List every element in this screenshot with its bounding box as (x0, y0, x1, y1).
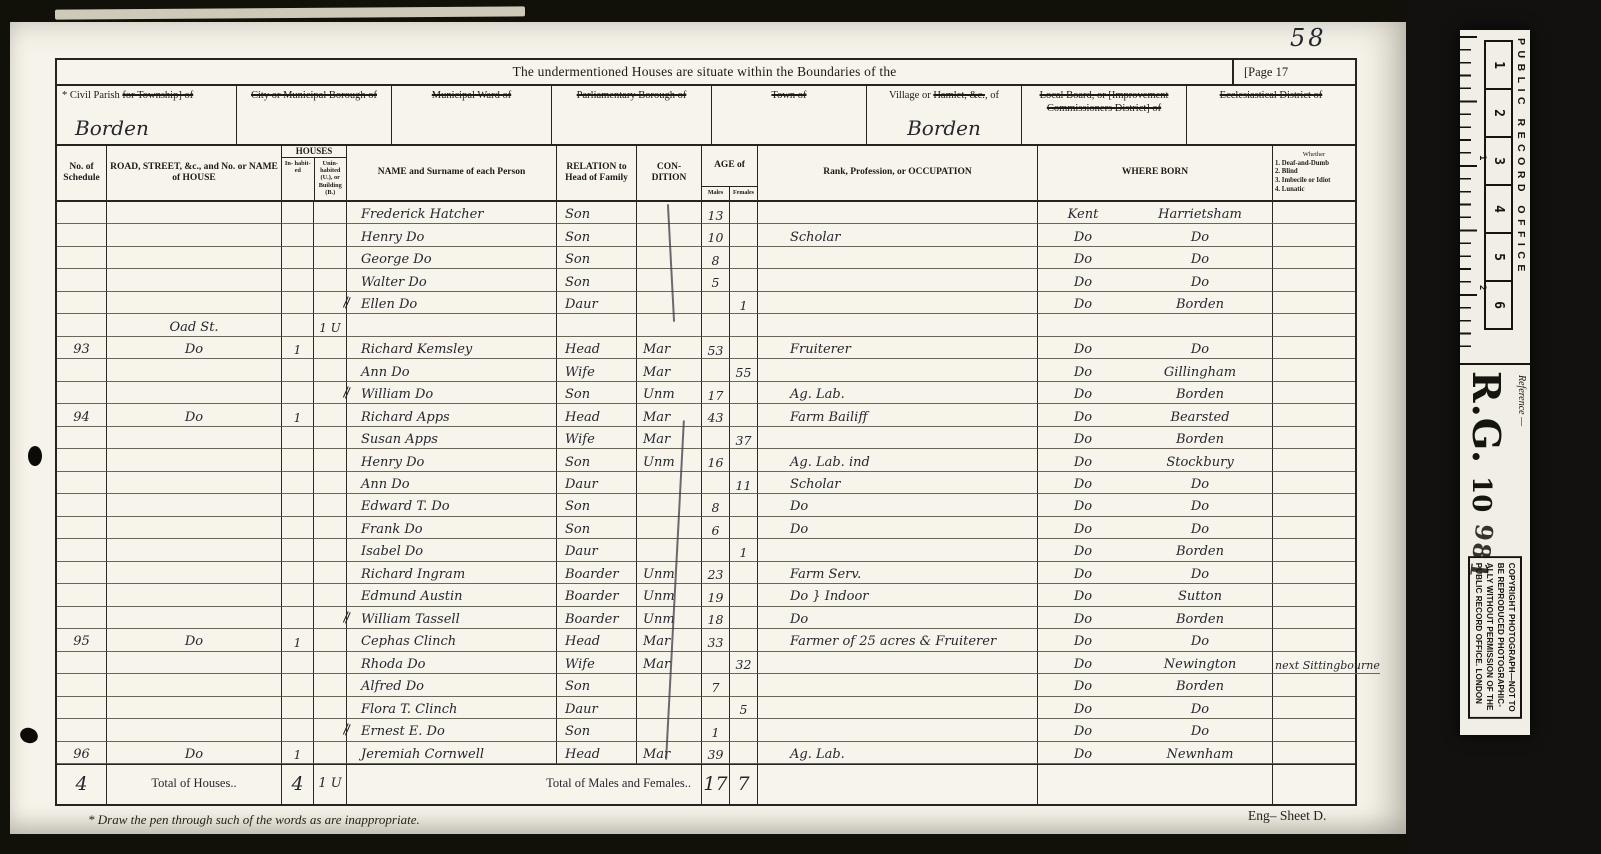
cell-condition: Mar (637, 427, 702, 449)
cell-condition: Mar (637, 337, 702, 359)
cell-relation: Head (557, 742, 637, 764)
cell-age_f: 55 (730, 359, 758, 381)
cell-schedule (57, 517, 107, 539)
cell-born_county: Do (1038, 404, 1128, 426)
cell-age_f (730, 404, 758, 426)
cell-road (107, 517, 282, 539)
cell-condition: Mar (637, 404, 702, 426)
cell-relation: Son (557, 247, 637, 269)
cell-name: ∥William Tassell (347, 607, 557, 629)
cell-uninhab (314, 539, 347, 561)
cell-inhab (282, 427, 314, 449)
cell-inhab (282, 359, 314, 381)
cell-schedule (57, 562, 107, 584)
photo-edge-sliver (55, 6, 525, 19)
cell-age_f (730, 562, 758, 584)
cell-inhab (282, 494, 314, 516)
cell-uninhab (314, 742, 347, 764)
cell-uninhab (314, 629, 347, 651)
box-label: Village or (889, 90, 933, 101)
cell-uninhab (314, 224, 347, 246)
cell-born_place: Do (1128, 494, 1273, 516)
cell-road: Oad St. (107, 314, 282, 336)
cell-inhab (282, 314, 314, 336)
cell-uninhab (314, 472, 347, 494)
ecclesiastical-district-box: Ecclesiastical District of (1187, 86, 1355, 144)
table-title-band: The undermentioned Houses are situate wi… (57, 60, 1355, 86)
cell-road (107, 697, 282, 719)
cell-born_county: Do (1038, 719, 1128, 741)
cell-occupation: Ag. Lab. (758, 742, 1038, 764)
cell-condition: Mar (637, 742, 702, 764)
cell-schedule (57, 247, 107, 269)
cell-born_county: Do (1038, 427, 1128, 449)
cell-relation: Son (557, 449, 637, 471)
cell-road: Do (107, 404, 282, 426)
cell-name: Frederick Hatcher (347, 202, 557, 224)
cell-condition: Mar (637, 359, 702, 381)
census-page: 58 The undermentioned Houses are situate… (10, 22, 1406, 834)
cell-age_f: 11 (730, 472, 758, 494)
totals-empty-remarks (1273, 765, 1355, 804)
cell-schedule (57, 719, 107, 741)
cell-occupation (758, 247, 1038, 269)
cell-name: Edward T. Do (347, 494, 557, 516)
cell-relation: Son (557, 719, 637, 741)
cell-age_m: 6 (702, 517, 730, 539)
cell-occupation (758, 359, 1038, 381)
ruler-cm-number: 2 (1477, 285, 1487, 290)
cell-born_county: Do (1038, 517, 1128, 539)
cell-born_county: Do (1038, 292, 1128, 314)
cell-relation: Son (557, 674, 637, 696)
cell-road (107, 719, 282, 741)
cell-age_m: 1 (702, 719, 730, 741)
cell-occupation (758, 674, 1038, 696)
cell-age_m: 23 (702, 562, 730, 584)
cell-born_county: Do (1038, 359, 1128, 381)
cell-inhab (282, 539, 314, 561)
cell-age_f (730, 494, 758, 516)
cell-age_m (702, 427, 730, 449)
totals-females: 7 (730, 765, 758, 804)
table-row: 94Do1Richard AppsHeadMar43Farm BailiffDo… (57, 404, 1355, 426)
cell-uninhab (314, 359, 347, 381)
box-label-struck: Ecclesiastical District of (1220, 90, 1323, 101)
cell-age_f (730, 314, 758, 336)
town-box: Town of (712, 86, 867, 144)
table-row: Walter DoSon5DoDo (57, 269, 1355, 291)
cell-occupation (758, 427, 1038, 449)
cell-relation: Daur (557, 292, 637, 314)
cell-born_place: Do (1128, 697, 1273, 719)
box-label-struck: Hamlet, &c. (933, 90, 985, 101)
cell-uninhab (314, 697, 347, 719)
cell-remarks (1273, 494, 1355, 516)
cell-remarks (1273, 697, 1355, 719)
cell-age_f: 1 (730, 292, 758, 314)
cell-road (107, 674, 282, 696)
cell-born_place: Do (1128, 629, 1273, 651)
cell-born_place: Borden (1128, 539, 1273, 561)
cell-name: Henry Do (347, 224, 557, 246)
cell-schedule (57, 449, 107, 471)
cell-inhab (282, 697, 314, 719)
table-row: ∥Ernest E. DoSon1DoDo (57, 719, 1355, 741)
col-header-females: Females (730, 187, 757, 200)
cell-age_f (730, 719, 758, 741)
cell-born_place: Newington (1128, 652, 1273, 674)
cell-age_f: 1 (730, 539, 758, 561)
civil-parish-box: * Civil Parish for Township] of Borden (57, 86, 237, 144)
page-number-label: [Page 17 (1232, 60, 1355, 84)
totals-schedule-count: 4 (57, 765, 107, 804)
cell-remarks (1273, 539, 1355, 561)
col-header-males: Males (702, 187, 730, 200)
table-row: Isabel DoDaur1DoBorden (57, 539, 1355, 561)
cell-born_county: Do (1038, 584, 1128, 606)
cell-schedule (57, 584, 107, 606)
cell-condition (637, 539, 702, 561)
table-row: ∥William TassellBoarderUnm18DoDoBorden (57, 607, 1355, 629)
village-value: Borden (867, 116, 1021, 141)
cell-inhab (282, 584, 314, 606)
cell-condition (637, 517, 702, 539)
cell-inhab (282, 224, 314, 246)
cell-occupation: Farm Bailiff (758, 404, 1038, 426)
cell-born_place: Borden (1128, 427, 1273, 449)
cell-schedule (57, 607, 107, 629)
pro-office-label: PUBLIC RECORD OFFICE (1515, 38, 1527, 277)
col-header-occupation: Rank, Profession, or OCCUPATION (758, 146, 1038, 200)
cell-born_county: Do (1038, 674, 1128, 696)
cell-road (107, 359, 282, 381)
cell-born_county: Do (1038, 652, 1128, 674)
cell-condition: Unm (637, 607, 702, 629)
cell-relation: Boarder (557, 584, 637, 606)
table-row: Ann DoWifeMar55DoGillingham (57, 359, 1355, 381)
cell-age_f: 5 (730, 697, 758, 719)
cell-name: Susan Apps (347, 427, 557, 449)
cell-occupation: Scholar (758, 472, 1038, 494)
cell-occupation (758, 652, 1038, 674)
cell-road (107, 652, 282, 674)
cell-name: Walter Do (347, 269, 557, 291)
table-row: Frederick HatcherSon13KentHarrietsham (57, 202, 1355, 224)
cell-born_place: Gillingham (1128, 359, 1273, 381)
cell-occupation (758, 539, 1038, 561)
cell-road (107, 382, 282, 404)
table-row: Ann DoDaur11ScholarDoDo (57, 472, 1355, 494)
cell-occupation (758, 202, 1038, 224)
cell-born_county: Do (1038, 224, 1128, 246)
cell-name: Richard Ingram (347, 562, 557, 584)
cell-age_m (702, 652, 730, 674)
cell-name: Ann Do (347, 472, 557, 494)
cell-born_county: Do (1038, 472, 1128, 494)
cell-inhab (282, 472, 314, 494)
reference-series: R.G. (1464, 371, 1509, 464)
cell-born_place: Harrietsham (1128, 202, 1273, 224)
cell-condition (637, 719, 702, 741)
cell-uninhab (314, 404, 347, 426)
cell-relation: Boarder (557, 607, 637, 629)
table-row: Rhoda DoWifeMar32DoNewingtonnext Sitting… (57, 652, 1355, 674)
cell-uninhab (314, 427, 347, 449)
col-header-houses: HOUSES In- habit- ed Unin- habited (U.),… (282, 146, 347, 200)
record-rows: Frederick HatcherSon13KentHarrietshamHen… (57, 202, 1355, 764)
cell-road (107, 269, 282, 291)
cell-relation: Wife (557, 359, 637, 381)
cell-road (107, 292, 282, 314)
cell-born_place: Stockbury (1128, 449, 1273, 471)
cell-age_m: 8 (702, 494, 730, 516)
cell-age_f (730, 224, 758, 246)
copyright-section: COPYRIGHT PHOTOGRAPH—NOT TO BE REPRODUCE… (1460, 540, 1530, 735)
cell-relation (557, 314, 637, 336)
totals-row: 4 Total of Houses.. 4 1 U Total of Males… (57, 764, 1355, 804)
cell-inhab (282, 202, 314, 224)
cell-relation: Daur (557, 539, 637, 561)
box-label: * Civil Parish (62, 90, 122, 101)
municipal-borough-box: City or Municipal Borough of (237, 86, 392, 144)
cell-born_place: Do (1128, 472, 1273, 494)
table-row: ∥Ellen DoDaur1DoBorden (57, 292, 1355, 314)
cell-age_f (730, 247, 758, 269)
table-row: Henry DoSon10ScholarDoDo (57, 224, 1355, 246)
cell-born_place: Do (1128, 337, 1273, 359)
cell-uninhab (314, 494, 347, 516)
cell-name: Edmund Austin (347, 584, 557, 606)
census-table: The undermentioned Houses are situate wi… (55, 58, 1357, 806)
totals-empty-occupation (758, 765, 1038, 804)
cell-born_place: Borden (1128, 292, 1273, 314)
cell-name: Flora T. Clinch (347, 697, 557, 719)
cell-remarks (1273, 629, 1355, 651)
cell-age_m: 16 (702, 449, 730, 471)
cell-remarks: next Sittingbourne (1273, 652, 1380, 674)
cell-inhab: 1 (282, 742, 314, 764)
cell-remarks (1273, 584, 1355, 606)
col-header-uninhabited: Unin- habited (U.), or Building (B.) (315, 158, 347, 200)
cell-relation: Wife (557, 427, 637, 449)
cell-uninhab (314, 562, 347, 584)
totals-uninhabited: 1 U (314, 765, 347, 804)
col-header-age: AGE of Males Females (702, 146, 758, 200)
cell-relation: Son (557, 224, 637, 246)
cell-name: Frank Do (347, 517, 557, 539)
cell-schedule: 95 (57, 629, 107, 651)
cell-age_m: 7 (702, 674, 730, 696)
cell-remarks (1273, 517, 1355, 539)
cell-relation: Boarder (557, 562, 637, 584)
cell-relation: Son (557, 269, 637, 291)
cell-road (107, 224, 282, 246)
cell-remarks (1273, 404, 1355, 426)
cell-born_place (1128, 314, 1273, 336)
cell-schedule (57, 359, 107, 381)
cell-remarks (1273, 472, 1355, 494)
table-row: Frank DoSon6DoDoDo (57, 517, 1355, 539)
boundary-band: * Civil Parish for Township] of Borden C… (57, 86, 1355, 146)
cell-inhab (282, 269, 314, 291)
cell-remarks (1273, 674, 1355, 696)
cell-age_m: 5 (702, 269, 730, 291)
table-title: The undermentioned Houses are situate wi… (57, 64, 1232, 80)
cell-remarks (1273, 607, 1355, 629)
cell-remarks (1273, 202, 1355, 224)
cell-uninhab (314, 247, 347, 269)
pro-reference-strip: PUBLIC RECORD OFFICE 1 2 3 4 5 6 1 2 Ref… (1460, 30, 1530, 735)
cell-born_place: Borden (1128, 607, 1273, 629)
cell-condition (637, 314, 702, 336)
cell-age_f (730, 584, 758, 606)
cell-age_f (730, 449, 758, 471)
cell-age_f (730, 269, 758, 291)
cell-road (107, 247, 282, 269)
cell-relation: Son (557, 202, 637, 224)
cell-age_m: 19 (702, 584, 730, 606)
parliamentary-borough-box: Parliamentary Borough of (552, 86, 712, 144)
civil-parish-value: Borden (57, 116, 236, 141)
cell-road (107, 562, 282, 584)
cell-born_place: Do (1128, 517, 1273, 539)
cell-inhab (282, 607, 314, 629)
cell-road (107, 607, 282, 629)
cell-age_f: 37 (730, 427, 758, 449)
cell-age_m (702, 472, 730, 494)
totals-persons-label: Total of Males and Females.. (347, 765, 702, 804)
cell-inhab (282, 719, 314, 741)
cell-born_place: Sutton (1128, 584, 1273, 606)
cell-born_county (1038, 314, 1128, 336)
table-row: Richard IngramBoarderUnm23Farm Serv.DoDo (57, 562, 1355, 584)
cell-uninhab (314, 449, 347, 471)
census-scan-photo: { "page": { "stamp_number": "58", "page_… (0, 0, 1601, 854)
cell-remarks (1273, 719, 1355, 741)
box-label-struck: City or Municipal Borough of (251, 90, 377, 101)
cell-uninhab: 1 U (314, 314, 347, 336)
cell-remarks (1273, 247, 1355, 269)
box-label-struck: Municipal Ward of (432, 90, 511, 101)
cell-remarks (1273, 562, 1355, 584)
cell-age_f: 32 (730, 652, 758, 674)
cell-inhab (282, 382, 314, 404)
cell-inhab (282, 562, 314, 584)
cell-name: Isabel Do (347, 539, 557, 561)
cell-name: George Do (347, 247, 557, 269)
cell-uninhab (314, 517, 347, 539)
cell-uninhab (314, 337, 347, 359)
cell-occupation: Scholar (758, 224, 1038, 246)
cell-born_county: Do (1038, 269, 1128, 291)
cell-age_m: 8 (702, 247, 730, 269)
cell-born_place: Borden (1128, 382, 1273, 404)
table-row: Edmund AustinBoarderUnm19Do } IndoorDoSu… (57, 584, 1355, 606)
cell-occupation (758, 292, 1038, 314)
cell-schedule (57, 292, 107, 314)
table-row: Alfred DoSon7DoBorden (57, 674, 1355, 696)
cell-uninhab (314, 652, 347, 674)
cell-schedule: 93 (57, 337, 107, 359)
col-header-relation: RELATION to Head of Family (557, 146, 637, 200)
totals-inhabited: 4 (282, 765, 314, 804)
cell-road (107, 202, 282, 224)
cell-born_county: Do (1038, 539, 1128, 561)
cell-age_f (730, 517, 758, 539)
cell-schedule (57, 269, 107, 291)
cell-condition (637, 494, 702, 516)
cell-inhab: 1 (282, 404, 314, 426)
cell-occupation: Ag. Lab. ind (758, 449, 1038, 471)
cell-schedule (57, 314, 107, 336)
cell-born_county: Do (1038, 562, 1128, 584)
cell-remarks (1273, 382, 1355, 404)
cell-remarks (1273, 269, 1355, 291)
cell-relation: Head (557, 337, 637, 359)
cell-occupation (758, 697, 1038, 719)
cell-schedule (57, 472, 107, 494)
cell-schedule (57, 539, 107, 561)
cell-age_m (702, 314, 730, 336)
cell-road: Do (107, 629, 282, 651)
cell-born_county: Do (1038, 337, 1128, 359)
cell-road (107, 494, 282, 516)
cell-occupation (758, 719, 1038, 741)
cell-name: Richard Kemsley (347, 337, 557, 359)
cell-born_county: Do (1038, 494, 1128, 516)
cell-age_f (730, 674, 758, 696)
cell-name: ∥Ellen Do (347, 292, 557, 314)
footnote: * Draw the pen through such of the words… (88, 812, 420, 828)
cell-born_place: Do (1128, 562, 1273, 584)
totals-empty-born (1038, 765, 1273, 804)
ruler-inch-boxes: 1 2 3 4 5 6 (1484, 40, 1513, 330)
cell-born_county: Do (1038, 607, 1128, 629)
col-header-condition: CON-DITION (637, 146, 702, 200)
cell-age_f (730, 337, 758, 359)
pro-reference-section: Reference — R.G. 10 981 (1460, 365, 1530, 540)
cell-age_m: 39 (702, 742, 730, 764)
box-label-struck: Local Board, or [Improvement Commissione… (1040, 90, 1169, 114)
col-header-inhabited: In- habit- ed (282, 158, 315, 200)
totals-males: 17 (702, 765, 730, 804)
table-row: 95Do1Cephas ClinchHeadMar33Farmer of 25 … (57, 629, 1355, 651)
cell-born_place: Do (1128, 224, 1273, 246)
cell-born_place: Bearsted (1128, 404, 1273, 426)
cell-inhab (282, 449, 314, 471)
cell-remarks (1273, 292, 1355, 314)
cell-inhab (282, 292, 314, 314)
cell-occupation (758, 269, 1038, 291)
cell-age_m (702, 539, 730, 561)
cell-name: ∥William Do (347, 382, 557, 404)
col-header-disabilities: Whether 1. Deaf-and-Dumb 2. Blind 3. Imb… (1273, 146, 1355, 200)
cell-born_county: Do (1038, 742, 1128, 764)
cell-schedule (57, 494, 107, 516)
cell-born_county: Do (1038, 449, 1128, 471)
cell-age_m: 17 (702, 382, 730, 404)
reference-class: 10 (1466, 476, 1496, 512)
cell-schedule (57, 674, 107, 696)
cell-occupation: Do } Indoor (758, 584, 1038, 606)
cell-relation: Son (557, 494, 637, 516)
cell-name (347, 314, 557, 336)
cell-born_place: Newnham (1128, 742, 1273, 764)
cell-age_m: 33 (702, 629, 730, 651)
cell-occupation: Farm Serv. (758, 562, 1038, 584)
cell-age_f (730, 382, 758, 404)
